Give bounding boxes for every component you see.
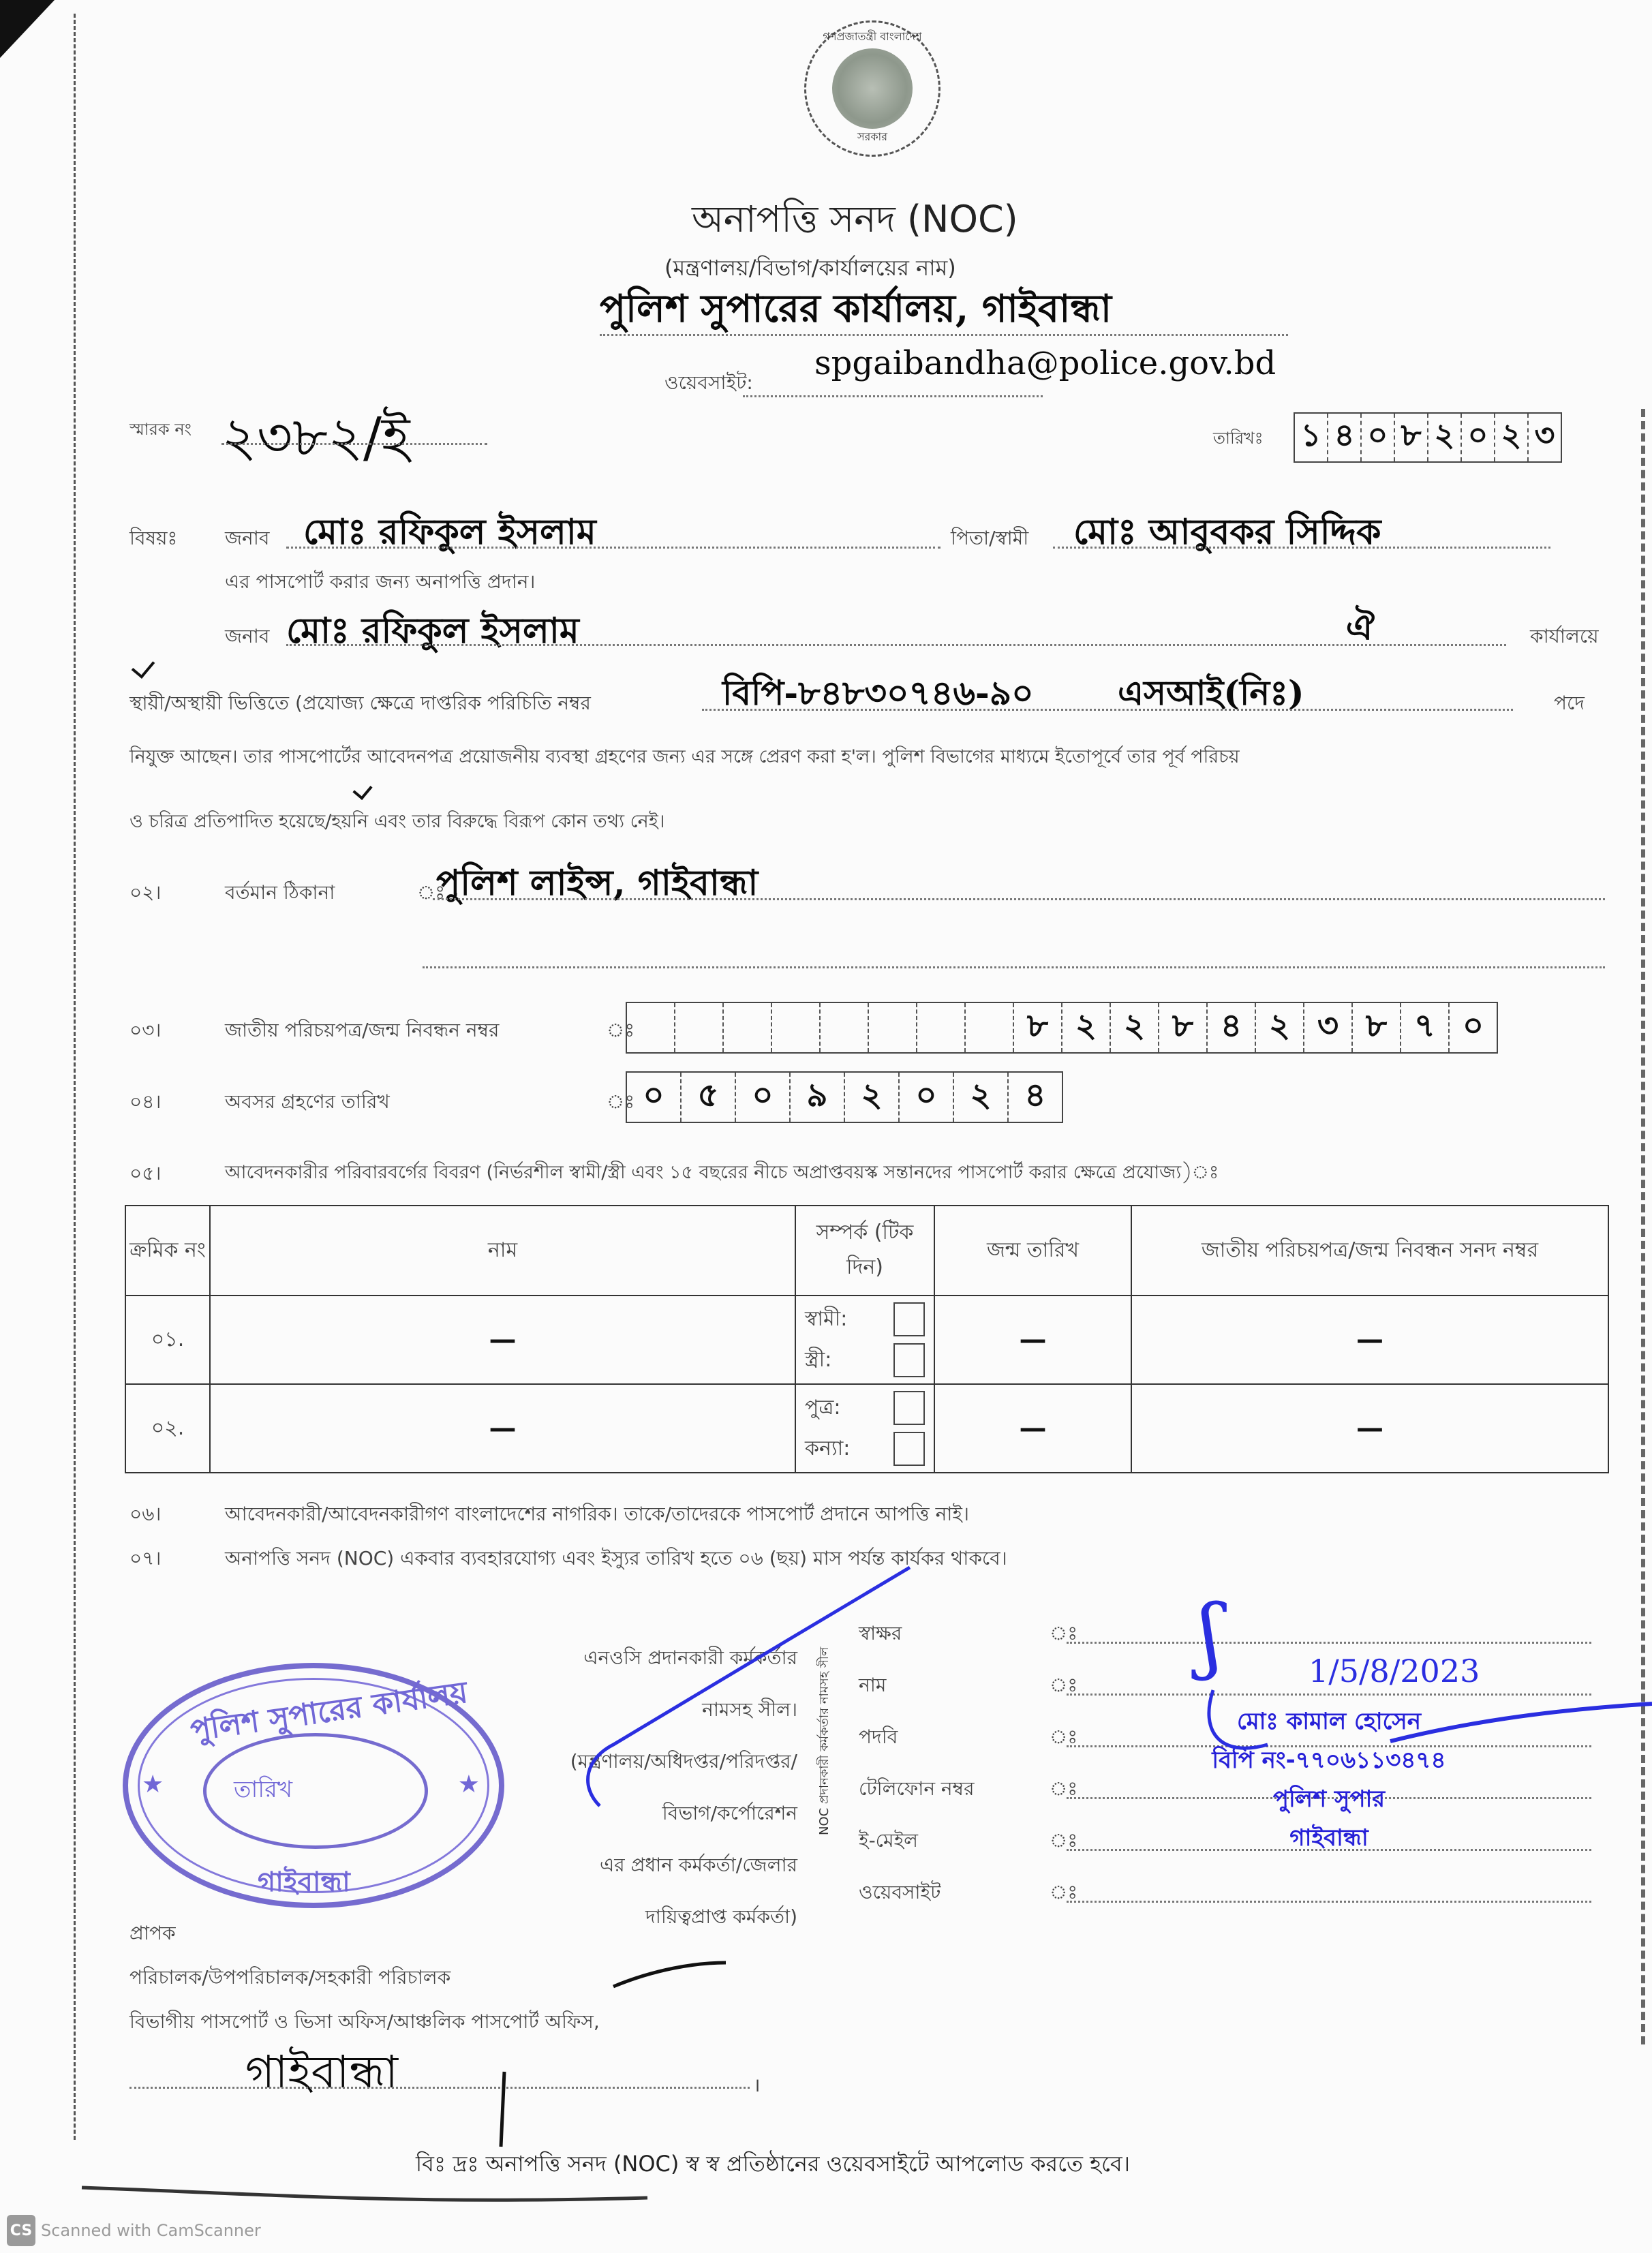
designation-line	[702, 709, 1513, 711]
signature-field-colon: ঃ	[1050, 1774, 1077, 1806]
col-name: নাম	[210, 1206, 795, 1296]
relation-son-checkbox[interactable]	[893, 1391, 925, 1425]
subject-janab-label: জনাব	[225, 523, 269, 555]
date-boxes: ১৪০৮২০২৩	[1294, 412, 1562, 463]
recipient-city: গাইবান্ধা	[245, 2038, 398, 2113]
signatory-line: বিভাগ/কর্পোরেশন	[477, 1788, 797, 1839]
father-name-line	[1053, 547, 1550, 549]
item3-label: জাতীয় পরিচয়পত্র/জন্ম নিবন্ধন নম্বর	[225, 1015, 499, 1047]
signature-field-row: স্বাক্ষরঃ	[859, 1612, 1608, 1653]
nid-digit	[821, 1003, 869, 1052]
col-serial: ক্রমিক নং	[125, 1206, 210, 1296]
signature-field-line	[1067, 1693, 1591, 1696]
row-serial: ০২.	[125, 1384, 210, 1473]
vertical-noc-note: NOC প্রদানকারী কর্মকর্তার নামসহ সীল	[814, 1605, 842, 1877]
nid-digit	[869, 1003, 917, 1052]
item2-number: ০২।	[129, 878, 161, 910]
nid-digit: ৮	[1353, 1003, 1401, 1052]
signatory-line: এনওসি প্রদানকারী কর্মকর্তার	[477, 1632, 797, 1684]
signature-field-label: পদবি	[859, 1722, 898, 1754]
date-digit: ১	[1295, 414, 1328, 461]
check-mark-icon	[352, 780, 372, 800]
family-table-header: ক্রমিক নং নাম সম্পর্ক (টিক দিন) জন্ম তার…	[125, 1206, 1608, 1296]
stamp-inner-ring: তারিখ	[203, 1733, 428, 1849]
date-digit: ৮	[1395, 414, 1428, 461]
camscanner-watermark: CS Scanned with CamScanner	[7, 2215, 261, 2246]
item6-number: ০৬।	[129, 1499, 161, 1531]
document-title: অনাপত্তি সনদ (NOC)	[692, 191, 1018, 252]
nid-digit	[724, 1003, 772, 1052]
recipient-label: প্রাপক	[129, 1918, 176, 1950]
office-name-line	[600, 334, 1288, 336]
subject-line2: এর পাসপোর্ট করার জন্য অনাপত্তি প্রদান।	[225, 567, 535, 599]
nid-digit	[627, 1003, 675, 1052]
date-label: তারিখঃ	[1213, 426, 1264, 453]
relation-son-label: পুত্র:	[805, 1391, 841, 1426]
stamp-star-right-icon: ★	[458, 1771, 480, 1798]
memo-value: ২৩৮২/ই	[221, 395, 410, 487]
officer-stamp-bp: বিপি নং-৭৭০৬১১৩৪৭৪	[1172, 1743, 1486, 1781]
check-mark-icon	[132, 654, 155, 679]
retirement-digit: ৫	[682, 1073, 736, 1122]
signature-field-colon: ঃ	[1050, 1722, 1077, 1754]
signature-field-colon: ঃ	[1050, 1619, 1077, 1651]
signature-field-colon: ঃ	[1050, 1877, 1077, 1910]
nid-digit	[772, 1003, 821, 1052]
subject-label: বিষয়ঃ	[129, 523, 177, 555]
memo-line	[221, 443, 487, 445]
nid-digit: ৩	[1304, 1003, 1353, 1052]
item3-number: ০৩।	[129, 1015, 161, 1047]
recipient-city-line	[129, 2087, 750, 2089]
retirement-digit: ২	[845, 1073, 900, 1122]
present-address-value: পুলিশ লাইন্স, গাইবান্ধা	[436, 855, 758, 915]
date-digit: ৪	[1328, 414, 1362, 461]
office-stamp: পুলিশ সুপারের কার্যালয় তারিখ ★ ★ গাইবান…	[123, 1663, 504, 1908]
page-corner-fold	[0, 0, 55, 58]
item4-number: ০৪।	[129, 1087, 161, 1119]
signatory-line: দায়িত্বপ্রাপ্ত কর্মকর্তা)	[477, 1891, 797, 1943]
item7-text: অনাপত্তি সনদ (NOC) একবার ব্যবহারযোগ্য এব…	[225, 1544, 1007, 1576]
nid-digit: ২	[1111, 1003, 1159, 1052]
signature-field-label: নাম	[859, 1670, 886, 1702]
recipient-line2: বিভাগীয় পাসপোর্ট ও ভিসা অফিস/আঞ্চলিক পা…	[129, 2007, 600, 2039]
memo-label: স্মারক নং	[129, 417, 192, 444]
relation-wife-checkbox[interactable]	[893, 1343, 925, 1377]
row-name: —	[210, 1384, 795, 1473]
date-digit: ২	[1495, 414, 1529, 461]
row-relation: পুত্র: কন্যা:	[795, 1384, 934, 1473]
row-serial: ০১.	[125, 1296, 210, 1384]
relation-husband-label: স্বামী:	[805, 1302, 847, 1337]
signatory-line: এর প্রধান কর্মকর্তা/জেলার	[477, 1839, 797, 1891]
signature-field-row: ওয়েবসাইটঃ	[859, 1871, 1608, 1912]
seal-top-text: গণপ্রজাতন্ত্রী বাংলাদেশ	[806, 28, 938, 46]
col-nid: জাতীয় পরিচয়পত্র/জন্ম নিবন্ধন সনদ নম্বর	[1131, 1206, 1608, 1296]
seal-bottom-text: সরকার	[806, 128, 938, 147]
basis-text: স্থায়ী/অস্থায়ী ভিত্তিতে (প্রযোজ্য ক্ষে…	[129, 688, 591, 720]
retirement-digit: ৪	[1009, 1073, 1062, 1122]
nid-number-boxes: ৮২২৮৪২৩৮৭০	[626, 1002, 1498, 1054]
signature-field-line	[1067, 1642, 1591, 1644]
nid-digit: ৭	[1401, 1003, 1450, 1052]
col-dob: জন্ম তারিখ	[934, 1206, 1131, 1296]
footnote: বিঃ দ্রঃ অনাপত্তি সনদ (NOC) স্ব স্ব প্রত…	[416, 2147, 1130, 2183]
item4-label: অবসর গ্রহণের তারিখ	[225, 1087, 390, 1119]
present-address-line2	[423, 966, 1605, 968]
nid-digit	[675, 1003, 724, 1052]
seal-emblem	[832, 48, 913, 129]
row-relation: স্বামী: স্ত্রী:	[795, 1296, 934, 1384]
body-janab-label: জনাব	[225, 622, 269, 654]
applicant-name-line	[286, 547, 940, 549]
nid-digit: ২	[1062, 1003, 1111, 1052]
col-relation: সম্পর্ক (টিক দিন)	[795, 1206, 934, 1296]
retirement-digit: ০	[736, 1073, 791, 1122]
date-digit: ০	[1462, 414, 1495, 461]
item5-number: ০৫।	[129, 1159, 161, 1191]
stamp-star-left-icon: ★	[142, 1771, 164, 1798]
signatory-description: এনওসি প্রদানকারী কর্মকর্তার নামসহ সীল। (…	[477, 1632, 797, 1943]
signatory-line: নামসহ সীল।	[477, 1684, 797, 1736]
row-nid: —	[1131, 1296, 1608, 1384]
official-id-value: বিপি-৮৪৮৩০৭৪৬-৯০	[722, 668, 1034, 724]
camscanner-logo-icon: CS	[7, 2215, 35, 2246]
officer-signature: ʃ	[1199, 1588, 1222, 1683]
present-address-line1	[433, 898, 1605, 900]
retirement-digit: ০	[900, 1073, 954, 1122]
body-name: মোঃ রফিকুল ইসলাম	[286, 603, 579, 662]
signature-field-label: ই-মেইল	[859, 1826, 918, 1858]
relation-wife-label: স্ত্রী:	[805, 1343, 831, 1378]
officer-stamp-designation: পুলিশ সুপার	[1172, 1781, 1486, 1820]
body-paragraph-line2: ও চরিত্র প্রতিপাদিত হয়েছে/হয়নি এবং তার…	[129, 808, 664, 838]
designation-suffix: পদে	[1554, 688, 1585, 720]
signature-field-row: নামঃ	[859, 1664, 1608, 1704]
nid-digit	[966, 1003, 1014, 1052]
office-suffix: কার্যালয়ে	[1530, 622, 1599, 654]
nid-digit: ৮	[1014, 1003, 1062, 1052]
table-row: ০১. — স্বামী: স্ত্রী: — —	[125, 1296, 1608, 1384]
item6-text: আবেদনকারী/আবেদনকারীগণ বাংলাদেশের নাগরিক।…	[225, 1499, 969, 1531]
father-name: মোঃ আবুবকর সিদ্দিক	[1073, 504, 1381, 564]
row-dob: —	[934, 1384, 1131, 1473]
signature-field-label: টেলিফোন নম্বর	[859, 1774, 975, 1806]
nid-digit	[917, 1003, 966, 1052]
row-name: —	[210, 1296, 795, 1384]
relation-daughter-label: কন্যা:	[805, 1432, 850, 1467]
item2-label: বর্তমান ঠিকানা	[225, 878, 335, 910]
signature-date: 1/5/8/2023	[1309, 1653, 1480, 1689]
row-nid: —	[1131, 1384, 1608, 1473]
stamp-date-label: তারিখ	[234, 1772, 292, 1811]
retirement-digit: ০	[627, 1073, 682, 1122]
date-digit: ০	[1362, 414, 1395, 461]
signatory-line: (মন্ত্রণালয়/অধিদপ্তর/পরিদপ্তর/	[477, 1736, 797, 1788]
signature-field-label: ওয়েবসাইট	[859, 1877, 940, 1910]
relation-daughter-checkbox[interactable]	[893, 1432, 925, 1466]
relation-husband-checkbox[interactable]	[893, 1302, 925, 1336]
date-digit: ২	[1428, 414, 1462, 461]
body-paragraph-line1: নিযুক্ত আছেন। তার পাসপোর্টের আবেদনপত্র প…	[129, 743, 1240, 773]
retirement-digit: ৯	[791, 1073, 845, 1122]
body-name-line	[286, 644, 1506, 646]
officer-name-stamp: মোঃ কামাল হোসেন বিপি নং-৭৭০৬১১৩৪৭৪ পুলিশ…	[1172, 1704, 1486, 1859]
camscanner-text: Scanned with CamScanner	[41, 2221, 261, 2240]
website-value: spgaibandha@police.gov.bd	[814, 344, 1276, 382]
designation-value: এসআই(নিঃ)	[1118, 668, 1304, 724]
retirement-digit: ২	[954, 1073, 1009, 1122]
item5-label: আবেদনকারীর পরিবারবর্গের বিবরণ (নির্ভরশীল…	[225, 1159, 1219, 1189]
office-value: ঐ	[1346, 600, 1375, 659]
nid-digit: ৮	[1159, 1003, 1208, 1052]
website-line	[743, 395, 1043, 397]
item7-number: ০৭।	[129, 1544, 161, 1576]
stamp-bottom-text: গাইবান্ধা	[258, 1860, 350, 1906]
signature-field-colon: ঃ	[1050, 1670, 1077, 1702]
applicant-name: মোঃ রফিকুল ইসলাম	[303, 504, 596, 564]
retirement-date-boxes: ০৫০৯২০২৪	[626, 1071, 1063, 1123]
officer-stamp-district: গাইবান্ধা	[1172, 1820, 1486, 1859]
signature-field-label: স্বাক্ষর	[859, 1619, 902, 1651]
row-dob: —	[934, 1296, 1131, 1384]
page-right-edge	[1641, 409, 1645, 2044]
nid-digit: ২	[1256, 1003, 1304, 1052]
website-label: ওয়েবসাইট:	[664, 368, 753, 400]
government-seal: গণপ্রজাতন্ত্রী বাংলাদেশ সরকার	[804, 20, 940, 157]
recipient-line-end: ।	[753, 2072, 761, 2098]
signature-field-colon: ঃ	[1050, 1826, 1077, 1858]
nid-digit: ৪	[1208, 1003, 1256, 1052]
family-details-table: ক্রমিক নং নাম সম্পর্ক (টিক দিন) জন্ম তার…	[125, 1205, 1609, 1473]
recipient-line1: পরিচালক/উপপরিচালক/সহকারী পরিচালক	[129, 1963, 450, 1995]
date-digit: ৩	[1529, 414, 1561, 461]
page-left-edge	[74, 14, 76, 2140]
nid-digit: ০	[1450, 1003, 1497, 1052]
father-label: পিতা/স্বামী	[951, 523, 1028, 555]
officer-stamp-name: মোঃ কামাল হোসেন	[1172, 1704, 1486, 1743]
table-row: ০২. — পুত্র: কন্যা: — —	[125, 1384, 1608, 1473]
signature-field-line	[1067, 1901, 1591, 1903]
